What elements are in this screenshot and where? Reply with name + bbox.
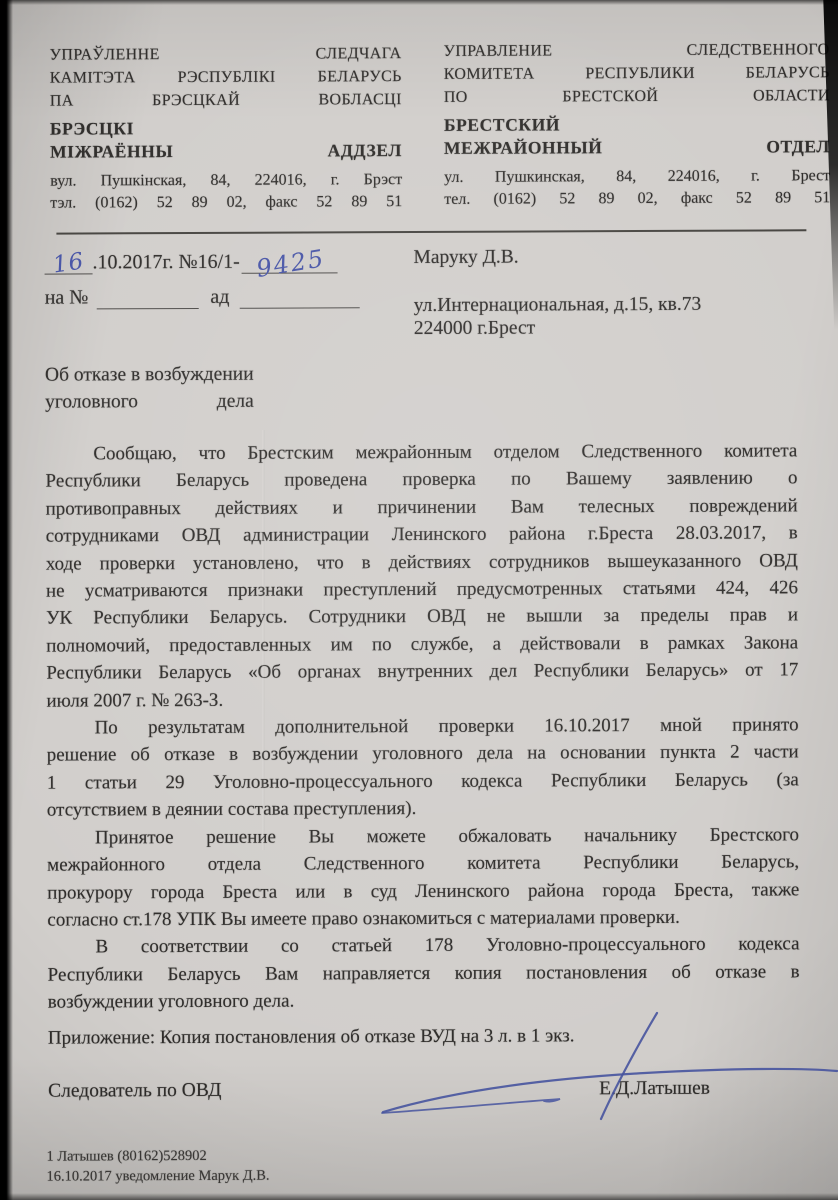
letterhead-belarusian-address: вул. Пушкінская, 84, 224016, г. Брэсттэл… (50, 169, 402, 215)
text-line: тэл. (0162) 52 89 02, факс 52 89 51 (50, 191, 402, 215)
incoming-date-blank (239, 307, 359, 309)
outgoing-number-prefix: .10.2017г. №16/1- (92, 251, 239, 275)
incoming-number-blank (96, 308, 198, 309)
letterhead-russian: УПРАВЛЕНИЕ СЛЕДСТВЕННОГОКОМИТЕТА РЕСПУБЛ… (444, 38, 831, 211)
text-line: уголовного дела (45, 388, 254, 416)
text-line: Республики Беларусь проведена проверка п… (45, 465, 797, 496)
text-line: В соответствии со статьей 178 Уголовно-п… (47, 931, 799, 962)
letter-page: УПРАЎЛЕННЕ СЛЕДЧАГАКАМІТЭТА РЭСПУБЛІКІ Б… (0, 0, 838, 1200)
text-line: Сообщаю, что Брестским межрайонным отдел… (45, 437, 797, 468)
recipient-address-street: ул.Интернациональная, д.15, кв.73 (414, 293, 702, 317)
text-line: июля 2007 г. № 263-З. (46, 684, 798, 715)
text-line: 1 статьи 29 Уголовно-процессуального код… (47, 766, 799, 797)
footer-executor-line: 1 Латышев (80162)528902 (46, 1147, 269, 1167)
text-line: ул. Пушкинская, 84, 224016, г. Брест (444, 165, 830, 189)
text-line: противоправных действиях и причинении Ва… (46, 492, 798, 523)
text-line: Республики Беларусь «Об органах внутренн… (46, 657, 798, 688)
text-line: сотрудниками ОВД администрации Ленинског… (46, 520, 798, 551)
recipient-block: Маруку Д.В. ул.Интернациональная, д.15, … (413, 245, 701, 340)
outgoing-number-line: 16.10.2017г. №16/1-9425 (44, 242, 359, 274)
text-line: ПА БРЭСЦКАЙ ВОБЛАСЦІ (50, 88, 402, 113)
text-line: согласно ст.178 УПК Вы имеете право озна… (47, 903, 799, 934)
recipient-address-city: 224000 г.Брест (414, 316, 702, 340)
text-line: ПО БРЕСТСКОЙ ОБЛАСТИ (444, 84, 830, 109)
letter-body: Сообщаю, что Брестским межрайонным отдел… (45, 437, 800, 1016)
text-line: не усматриваются признаки преступлений п… (46, 574, 798, 605)
text-line: МЕЖРАЙОННЫЙ ОТДЕЛ (444, 135, 830, 160)
handwritten-outgoing-number: 9425 (254, 244, 327, 283)
text-line: Республики Беларусь Вам направляется коп… (48, 958, 800, 989)
text-line: По результатам дополнительной проверки 1… (46, 711, 798, 742)
photo-dark-edge-bottom (0, 1193, 838, 1200)
letterhead-belarusian: УПРАЎЛЕННЕ СЛЕДЧАГАКАМІТЭТА РЭСПУБЛІКІ Б… (50, 42, 403, 215)
na-label: на № (45, 286, 89, 309)
text-line: решение об отказе в возбуждении уголовно… (47, 739, 799, 770)
text-line: прокурору города Бреста или в суд Ленинс… (47, 876, 799, 907)
paragraph-2: По результатам дополнительной проверки 1… (46, 711, 798, 824)
subject-block: Об отказе в возбужденииуголовного дела (45, 361, 254, 416)
recipient-gap (414, 268, 702, 294)
text-line: УПРАВЛЕНИЕ СЛЕДСТВЕННОГО (444, 38, 830, 63)
signature-title: Следователь по ОВД (48, 1080, 221, 1103)
text-line: ходе проверки установлено, что в действи… (46, 547, 798, 578)
text-line: тел. (0162) 52 89 02, факс 52 89 51 (444, 187, 830, 211)
paragraph-1: Сообщаю, что Брестским межрайонным отдел… (45, 437, 798, 714)
document-photo: УПРАЎЛЕННЕ СЛЕДЧАГАКАМІТЭТА РЭСПУБЛІКІ Б… (0, 0, 838, 1200)
text-line: УК Республики Беларусь. Сотрудники ОВД н… (46, 602, 798, 633)
text-line: вул. Пушкінская, 84, 224016, г. Брэст (50, 169, 402, 193)
paragraph-3: Принятое решение Вы можете обжаловать на… (47, 821, 799, 934)
text-line: Принятое решение Вы можете обжаловать на… (47, 821, 799, 852)
text-line: МІЖРАЁННЫ АДДЗЕЛ (50, 139, 402, 164)
text-line: КОМИТЕТА РЕСПУБЛИКИ БЕЛАРУСЬ (444, 61, 830, 86)
attachment-line: Приложение: Копия постановления об отказ… (48, 1025, 575, 1049)
text-line: межрайонного отдела Следственного комите… (47, 848, 799, 879)
text-line: Об отказе в возбуждении (45, 361, 254, 389)
text-line: отсутствием в деянии состава преступлени… (47, 794, 799, 825)
paragraph-4: В соответствии со статьей 178 Уголовно-п… (47, 931, 799, 1016)
letterhead-belarusian-office: БРЭСЦКІМІЖРАЁННЫ АДДЗЕЛ (50, 116, 402, 164)
handwritten-date: 16 (52, 248, 87, 278)
text-line: УПРАЎЛЕННЕ СЛЕДЧАГА (50, 42, 402, 67)
number-blank: 9425 (242, 244, 338, 273)
footer-block: 1 Латышев (80162)528902 16.10.2017 уведо… (46, 1147, 269, 1187)
signature-name: Е.Д.Латышев (599, 1078, 710, 1100)
text-line: БРЕСТСКИЙ (444, 112, 830, 137)
reference-block: 16.10.2017г. №16/1-9425 на №ад (44, 242, 359, 309)
text-line: БРЭСЦКІ (50, 116, 402, 141)
photo-dark-edge-top (0, 0, 838, 5)
footer-notification-line: 16.10.2017 уведомление Марук Д.В. (46, 1166, 269, 1186)
incoming-number-line: на №ад (45, 279, 360, 309)
ad-label: ад (210, 286, 229, 309)
letterhead-russian-office: БРЕСТСКИЙМЕЖРАЙОННЫЙ ОТДЕЛ (444, 112, 830, 160)
letterhead-russian-department: УПРАВЛЕНИЕ СЛЕДСТВЕННОГОКОМИТЕТА РЕСПУБЛ… (444, 38, 830, 109)
text-line: возбуждении уголовного дела. (48, 985, 800, 1016)
recipient-name: Маруку Д.В. (413, 245, 701, 269)
letterhead-belarusian-department: УПРАЎЛЕННЕ СЛЕДЧАГАКАМІТЭТА РЭСПУБЛІКІ Б… (50, 42, 402, 113)
text-line: КАМІТЭТА РЭСПУБЛІКІ БЕЛАРУСЬ (50, 65, 402, 90)
divider-line (56, 229, 806, 234)
letter-content: УПРАЎЛЕННЕ СЛЕДЧАГАКАМІТЭТА РЭСПУБЛІКІ Б… (0, 0, 838, 1200)
letterhead-russian-address: ул. Пушкинская, 84, 224016, г. Бресттел.… (444, 165, 830, 211)
text-line: полномочий, предоставленных им по службе… (46, 629, 798, 660)
photo-dark-edge-left (0, 0, 13, 1200)
date-blank: 16 (44, 247, 92, 274)
